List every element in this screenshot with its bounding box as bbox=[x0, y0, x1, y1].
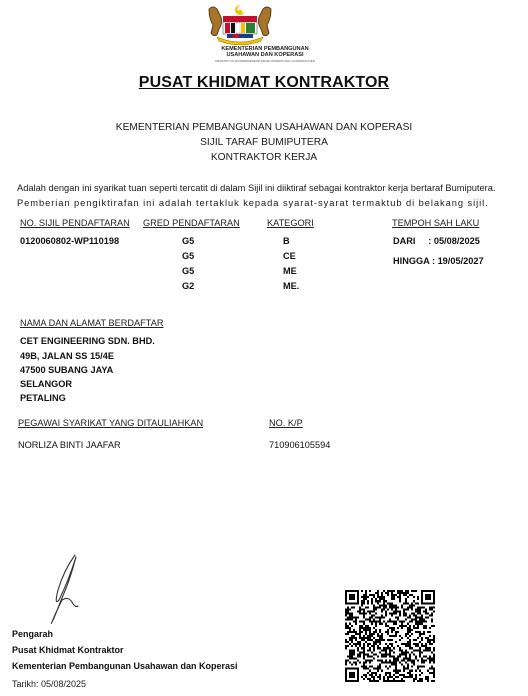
cert-number: 0120060802-WP110198 bbox=[20, 236, 119, 246]
header-ic: NO. K/P bbox=[269, 418, 303, 428]
statement-line2: Pemberian pengiktirafan ini adalah terta… bbox=[17, 198, 517, 208]
grade-row-2: G5 bbox=[182, 251, 194, 261]
signatory-office: Pusat Khidmat Kontraktor bbox=[12, 645, 124, 655]
header-company: NAMA DAN ALAMAT BERDAFTAR bbox=[20, 318, 163, 328]
address-line-2: 47500 SUBANG JAYA bbox=[20, 365, 113, 375]
grade-row-3: G5 bbox=[182, 266, 194, 276]
issue-date: Tarikh: 05/08/2025 bbox=[12, 679, 86, 689]
header-cert-no: NO. SIJIL PENDAFTARAN bbox=[20, 218, 130, 228]
company-name: CET ENGINEERING SDN. BHD. bbox=[20, 336, 155, 346]
grade-row-4: G2 bbox=[182, 281, 194, 291]
address-line-4: PETALING bbox=[20, 393, 66, 403]
coat-of-arms-icon bbox=[207, 3, 273, 45]
grade-row-1: G5 bbox=[182, 236, 194, 246]
category-row-1: B bbox=[283, 236, 290, 246]
header-officer: PEGAWAI SYARIKAT YANG DITAULIAHKAN bbox=[18, 418, 203, 428]
statement-line1: Adalah dengan ini syarikat tuan seperti … bbox=[17, 183, 517, 193]
page-title: PUSAT KHIDMAT KONTRAKTOR bbox=[0, 74, 528, 92]
category-row-2: CE bbox=[283, 251, 296, 261]
category-row-3: ME bbox=[283, 266, 297, 276]
valid-to: HINGGA : 19/05/2027 bbox=[393, 256, 484, 266]
ministry-logo-line3: MINISTRY OF ENTREPRENEUR DEVELOPMENT AND… bbox=[180, 59, 350, 63]
signature-icon bbox=[40, 550, 90, 630]
signatory-ministry: Kementerian Pembangunan Usahawan dan Kop… bbox=[12, 661, 238, 671]
subtitle-type: KONTRAKTOR KERJA bbox=[0, 152, 528, 163]
address-line-1: 49B, JALAN SS 15/4E bbox=[20, 351, 114, 361]
subtitle-ministry: KEMENTERIAN PEMBANGUNAN USAHAWAN DAN KOP… bbox=[0, 122, 528, 133]
category-row-4: ME. bbox=[283, 281, 299, 291]
header-grade: GRED PENDAFTARAN bbox=[143, 218, 240, 228]
officer-ic: 710906105594 bbox=[269, 440, 330, 450]
header-category: KATEGORI bbox=[267, 218, 314, 228]
signatory-role: Pengarah bbox=[12, 629, 53, 639]
officer-name: NORLIZA BINTI JAAFAR bbox=[18, 440, 121, 450]
subtitle-certificate: SIJIL TARAF BUMIPUTERA bbox=[0, 137, 528, 148]
qr-code-icon bbox=[345, 590, 435, 682]
address-line-3: SELANGOR bbox=[20, 379, 72, 389]
ministry-logo-text: KEMENTERIAN PEMBANGUNAN USAHAWAN DAN KOP… bbox=[180, 46, 350, 63]
valid-from: DARI : 05/08/2025 bbox=[393, 236, 480, 246]
header-validity: TEMPOH SAH LAKU bbox=[392, 218, 479, 228]
